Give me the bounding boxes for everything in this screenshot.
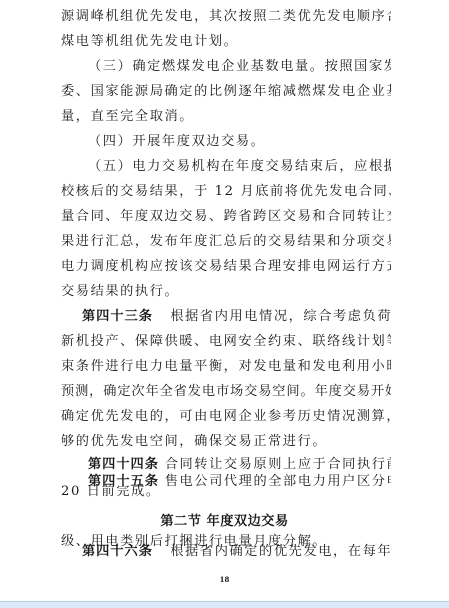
- article-45-first-line: 第四十五条 售电公司代理的全部电力用户区分电压等: [88, 473, 391, 491]
- article-label: 第四十五条: [88, 474, 159, 489]
- article-label: 第四十四条: [88, 457, 159, 472]
- text-line: 束条件进行电力电量平衡，对发电量和发电利用小时数进行: [61, 358, 391, 376]
- document-page: 源调峰机组优先发电，其次按照二类优先发电顺序合理安排 煤电等机组优先发电计划。 …: [0, 0, 449, 601]
- text-line: （五）电力交易机构在年度交易结束后，应根据经安全: [88, 158, 391, 176]
- text-line: 交易结果的执行。: [61, 283, 391, 301]
- text-line: 确定优先发电的，可由电网企业参考历史情况测算，预留足: [61, 408, 391, 426]
- text-line: 量，直至完全取消。: [61, 108, 391, 126]
- text-line: 新机投产、保障供暖、电网安全约束、联络线计划等边界约: [61, 333, 391, 351]
- text-line: 够的优先发电空间，确保交易正常进行。: [61, 433, 391, 451]
- text-line: 预测，确定次年全省发电市场交易空间。年度交易开始前仍未: [61, 383, 391, 401]
- text-line: （四）开展年度双边交易。: [88, 133, 391, 151]
- text-line: 果进行汇总，发布年度汇总后的交易结果和分项交易结果。: [61, 233, 391, 251]
- article-label: 第四十六条: [82, 544, 153, 559]
- text-line: 煤电等机组优先发电计划。: [61, 33, 391, 51]
- text-line: 校核后的交易结果，于 12 月底前将优先发电合同、基数电: [61, 183, 391, 201]
- text-line: 委、国家能源局确定的比例逐年缩减燃煤发电企业基数电: [61, 83, 391, 101]
- viewer-bottom-bar: [0, 601, 449, 608]
- section-heading: 第二节 年度双边交易: [0, 513, 449, 531]
- article-text: 售电公司代理的全部电力用户区分电压等: [165, 474, 391, 489]
- article-text: 根据省内用电情况，综合考虑负荷增长、: [170, 309, 391, 324]
- article-46-first-line: 第四十六条 根据省内确定的优先发电，在每年年度双: [82, 543, 391, 561]
- article-44-first-line: 第四十四条 合同转让交易原则上应于合同执行前一月: [88, 456, 391, 474]
- article-text: 根据省内确定的优先发电，在每年年度双: [170, 544, 391, 559]
- text-line: 电力调度机构应按该交易结果合理安排电网运行方式，保障: [61, 258, 391, 276]
- text-line: 量合同、年度双边交易、跨省跨区交易和合同转让交易的结: [61, 208, 391, 226]
- article-43-first-line: 第四十三条 根据省内用电情况，综合考虑负荷增长、: [82, 308, 391, 326]
- article-label: 第四十三条: [82, 309, 153, 324]
- text-line: （三）确定燃煤发电企业基数电量。按照国家发展改革: [88, 58, 391, 76]
- text-line: 源调峰机组优先发电，其次按照二类优先发电顺序合理安排: [61, 8, 391, 26]
- article-text: 合同转让交易原则上应于合同执行前一月: [165, 457, 391, 472]
- page-number: 18: [0, 575, 449, 584]
